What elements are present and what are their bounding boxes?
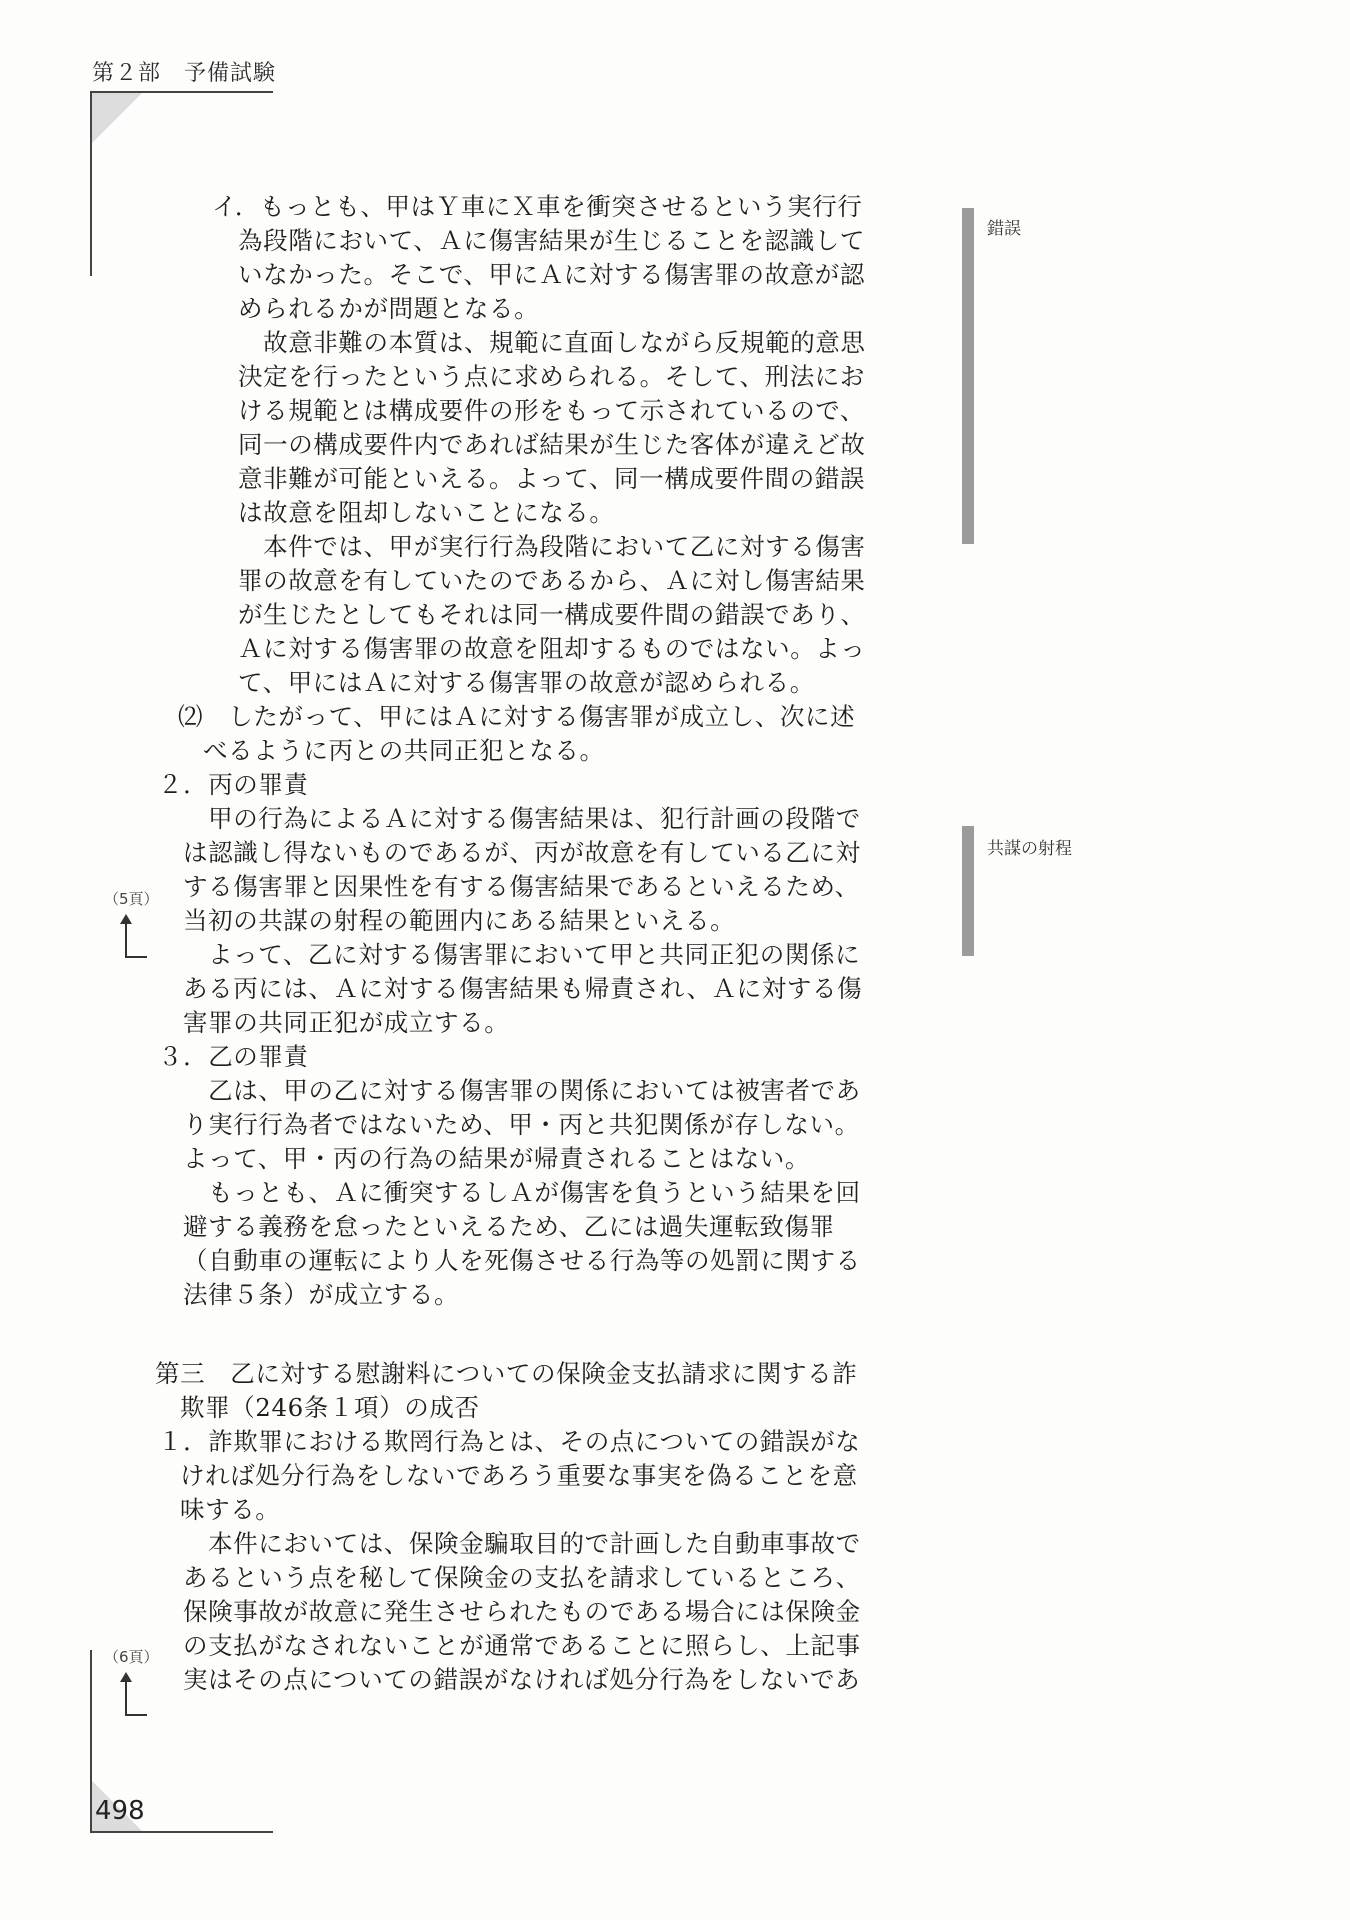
page-number: 498 [95, 1796, 145, 1826]
text-line: ければ処分行為をしないであろう重要な事実を偽ることを意 [180, 1459, 858, 1493]
text-line: 為段階において、Ａに傷害結果が生じることを認識して [238, 224, 865, 258]
text-line: よって、乙に対する傷害罪において甲と共同正犯の関係に [183, 938, 860, 972]
text-line: の支払がなされないことが通常であることに照らし、上記事 [183, 1629, 861, 1663]
page-ref-label: （6頁） [104, 1646, 159, 1667]
text-line: められるかが問題となる。 [238, 292, 539, 326]
text-line: 法律５条）が成立する。 [183, 1278, 459, 1312]
corner-triangle-top [92, 93, 142, 143]
text-line: は故意を阻却しないことになる。 [238, 496, 615, 530]
text-line: よって、甲・丙の行為の結果が帰責されることはない。 [183, 1142, 810, 1176]
text-line: 甲の行為によるＡに対する傷害結果は、犯行計画の段階で [183, 802, 861, 836]
text-line: ２．丙の罪責 [158, 768, 309, 802]
text-line: ３．乙の罪責 [158, 1040, 309, 1074]
text-line: 害罪の共同正犯が成立する。 [183, 1006, 509, 1040]
text-line: 保険事故が故意に発生させられたものである場合には保険金 [183, 1595, 861, 1629]
text-line: 当初の共謀の射程の範囲内にある結果といえる。 [183, 904, 735, 938]
text-line: イ．もっとも、甲はＹ車にＸ車を衝突させるという実行行 [212, 190, 862, 224]
text-line: 決定を行ったという点に求められる。そして、刑法にお [238, 360, 865, 394]
text-line: が生じたとしてもそれは同一構成要件間の錯誤であり、 [238, 598, 866, 632]
text-line: は認識し得ないものであるが、丙が故意を有している乙に対 [183, 836, 861, 870]
text-line: ⑵ したがって、甲にはＡに対する傷害罪が成立し、次に述 [178, 700, 855, 734]
text-line: （自動車の運転により人を死傷させる行為等の処罰に関する [183, 1244, 861, 1278]
text-line: 本件では、甲が実行行為段階において乙に対する傷害 [238, 530, 866, 564]
text-line: 意非難が可能といえる。よって、同一構成要件間の錯誤 [238, 462, 865, 496]
text-line: 実はその点についての錯誤がなければ処分行為をしないであ [183, 1663, 860, 1697]
up-arrow-icon [125, 922, 127, 956]
text-line: ける規範とは構成要件の形をもって示されているので、 [238, 394, 865, 428]
running-head: 第２部 予備試験 [92, 56, 276, 87]
side-note-bar [962, 826, 974, 956]
up-arrow-icon [125, 1680, 127, 1714]
text-line: Ａに対する傷害罪の故意を阻却するものではない。よっ [238, 632, 866, 666]
text-line: 第三 乙に対する慰謝料についての保険金支払請求に関する詐 [155, 1357, 857, 1391]
side-note-label: 共謀の射程 [987, 834, 1072, 859]
text-line: べるように丙との共同正犯となる。 [203, 734, 605, 768]
text-line: する傷害罪と因果性を有する傷害結果であるといえるため、 [183, 870, 860, 904]
text-line: 本件においては、保険金騙取目的で計画した自動車事故で [183, 1527, 861, 1561]
text-line: 同一の構成要件内であれば結果が生じた客体が違えど故 [238, 428, 866, 462]
text-line: 故意非難の本質は、規範に直面しながら反規範的意思 [238, 326, 866, 360]
text-line: 乙は、甲の乙に対する傷害罪の関係においては被害者であ [183, 1074, 861, 1108]
text-line: 味する。 [180, 1493, 280, 1527]
text-line: もっとも、Ａに衝突するしＡが傷害を負うという結果を回 [183, 1176, 861, 1210]
footer-rule [90, 1831, 273, 1833]
side-note-bar [962, 208, 974, 544]
text-line: り実行行為者ではないため、甲・丙と共犯関係が存しない。 [183, 1108, 860, 1142]
text-line: て、甲にはＡに対する傷害罪の故意が認められる。 [238, 666, 815, 700]
text-line: あるという点を秘して保険金の支払を請求しているところ、 [183, 1561, 861, 1595]
text-line: ある丙には、Ａに対する傷害結果も帰責され、Ａに対する傷 [183, 972, 862, 1006]
text-line: 避する義務を怠ったといえるため、乙には過失運転致傷罪 [183, 1210, 835, 1244]
text-line: １．詐欺罪における欺罔行為とは、その点についての錯誤がな [158, 1425, 860, 1459]
arrow-foot [125, 1714, 147, 1716]
text-line: 欺罪（246条１項）の成否 [180, 1391, 480, 1425]
page-ref-label: （5頁） [104, 888, 159, 909]
text-line: いなかった。そこで、甲にＡに対する傷害罪の故意が認 [238, 258, 865, 292]
side-note-label: 錯誤 [987, 214, 1021, 239]
arrow-foot [125, 956, 147, 958]
text-line: 罪の故意を有していたのであるから、Ａに対し傷害結果 [238, 564, 866, 598]
